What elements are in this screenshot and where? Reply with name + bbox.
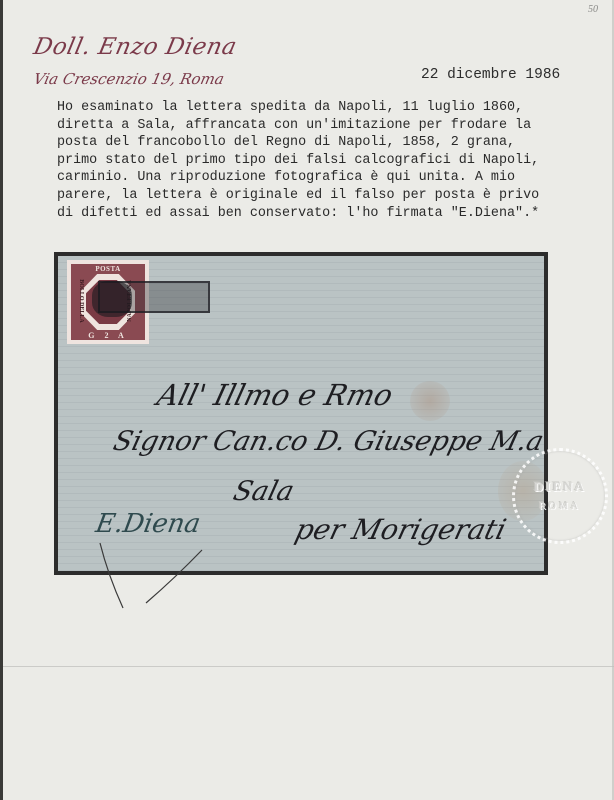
seal-top-text: DIENA [515,479,605,495]
certificate-body: Ho esaminato la lettera spedita da Napol… [57,99,562,222]
letterhead-address: Via Crescenzio 19, Roma [32,70,226,88]
letterhead-name: Doll. Enzo Diena [31,34,239,60]
body-line: Ho esaminato la lettera spedita da Napol… [57,99,562,117]
stamp-value-text: G 2 A [71,331,145,340]
address-line-4: per Morigerati [292,513,510,546]
cover-letter-photo: POSTA BOLLO DELLA NAPOLETANA G 2 A All' … [58,256,544,571]
body-line: primo stato del primo tipo dei falsi cal… [57,152,562,170]
expert-signature: E.Diena [93,509,202,539]
body-line: di difetti ed assai ben conservato: l'ho… [57,205,562,223]
embossed-seal: DIENA ROMA [512,448,608,544]
body-line: diretta a Sala, affrancata con un'imitaz… [57,117,562,135]
certificate-date: 22 dicembre 1986 [421,67,560,83]
page-left-edge [0,0,3,800]
body-line: carminio. Una riproduzione fotografica è… [57,169,562,187]
foxing-stain [410,381,450,421]
stamp-left-text: BOLLO DELLA [78,279,84,323]
body-line: posta del francobollo del Regno di Napol… [57,134,562,152]
stamp-top-text: POSTA [71,265,145,273]
address-line-1: All' Illmo e Rmo [154,378,397,412]
postmark-ink-blot [92,281,132,317]
body-line: parere, la lettera è originale ed il fal… [57,187,562,205]
seal-bottom-text: ROMA [515,501,605,512]
corner-pencil-note: 50 [588,4,598,15]
cover-photo-frame: POSTA BOLLO DELLA NAPOLETANA G 2 A All' … [54,252,548,575]
paper-fold-line [3,666,614,667]
address-line-3: Sala [230,476,297,507]
address-line-2: Signor Can.co D. Giuseppe M.a Granata [110,426,544,457]
